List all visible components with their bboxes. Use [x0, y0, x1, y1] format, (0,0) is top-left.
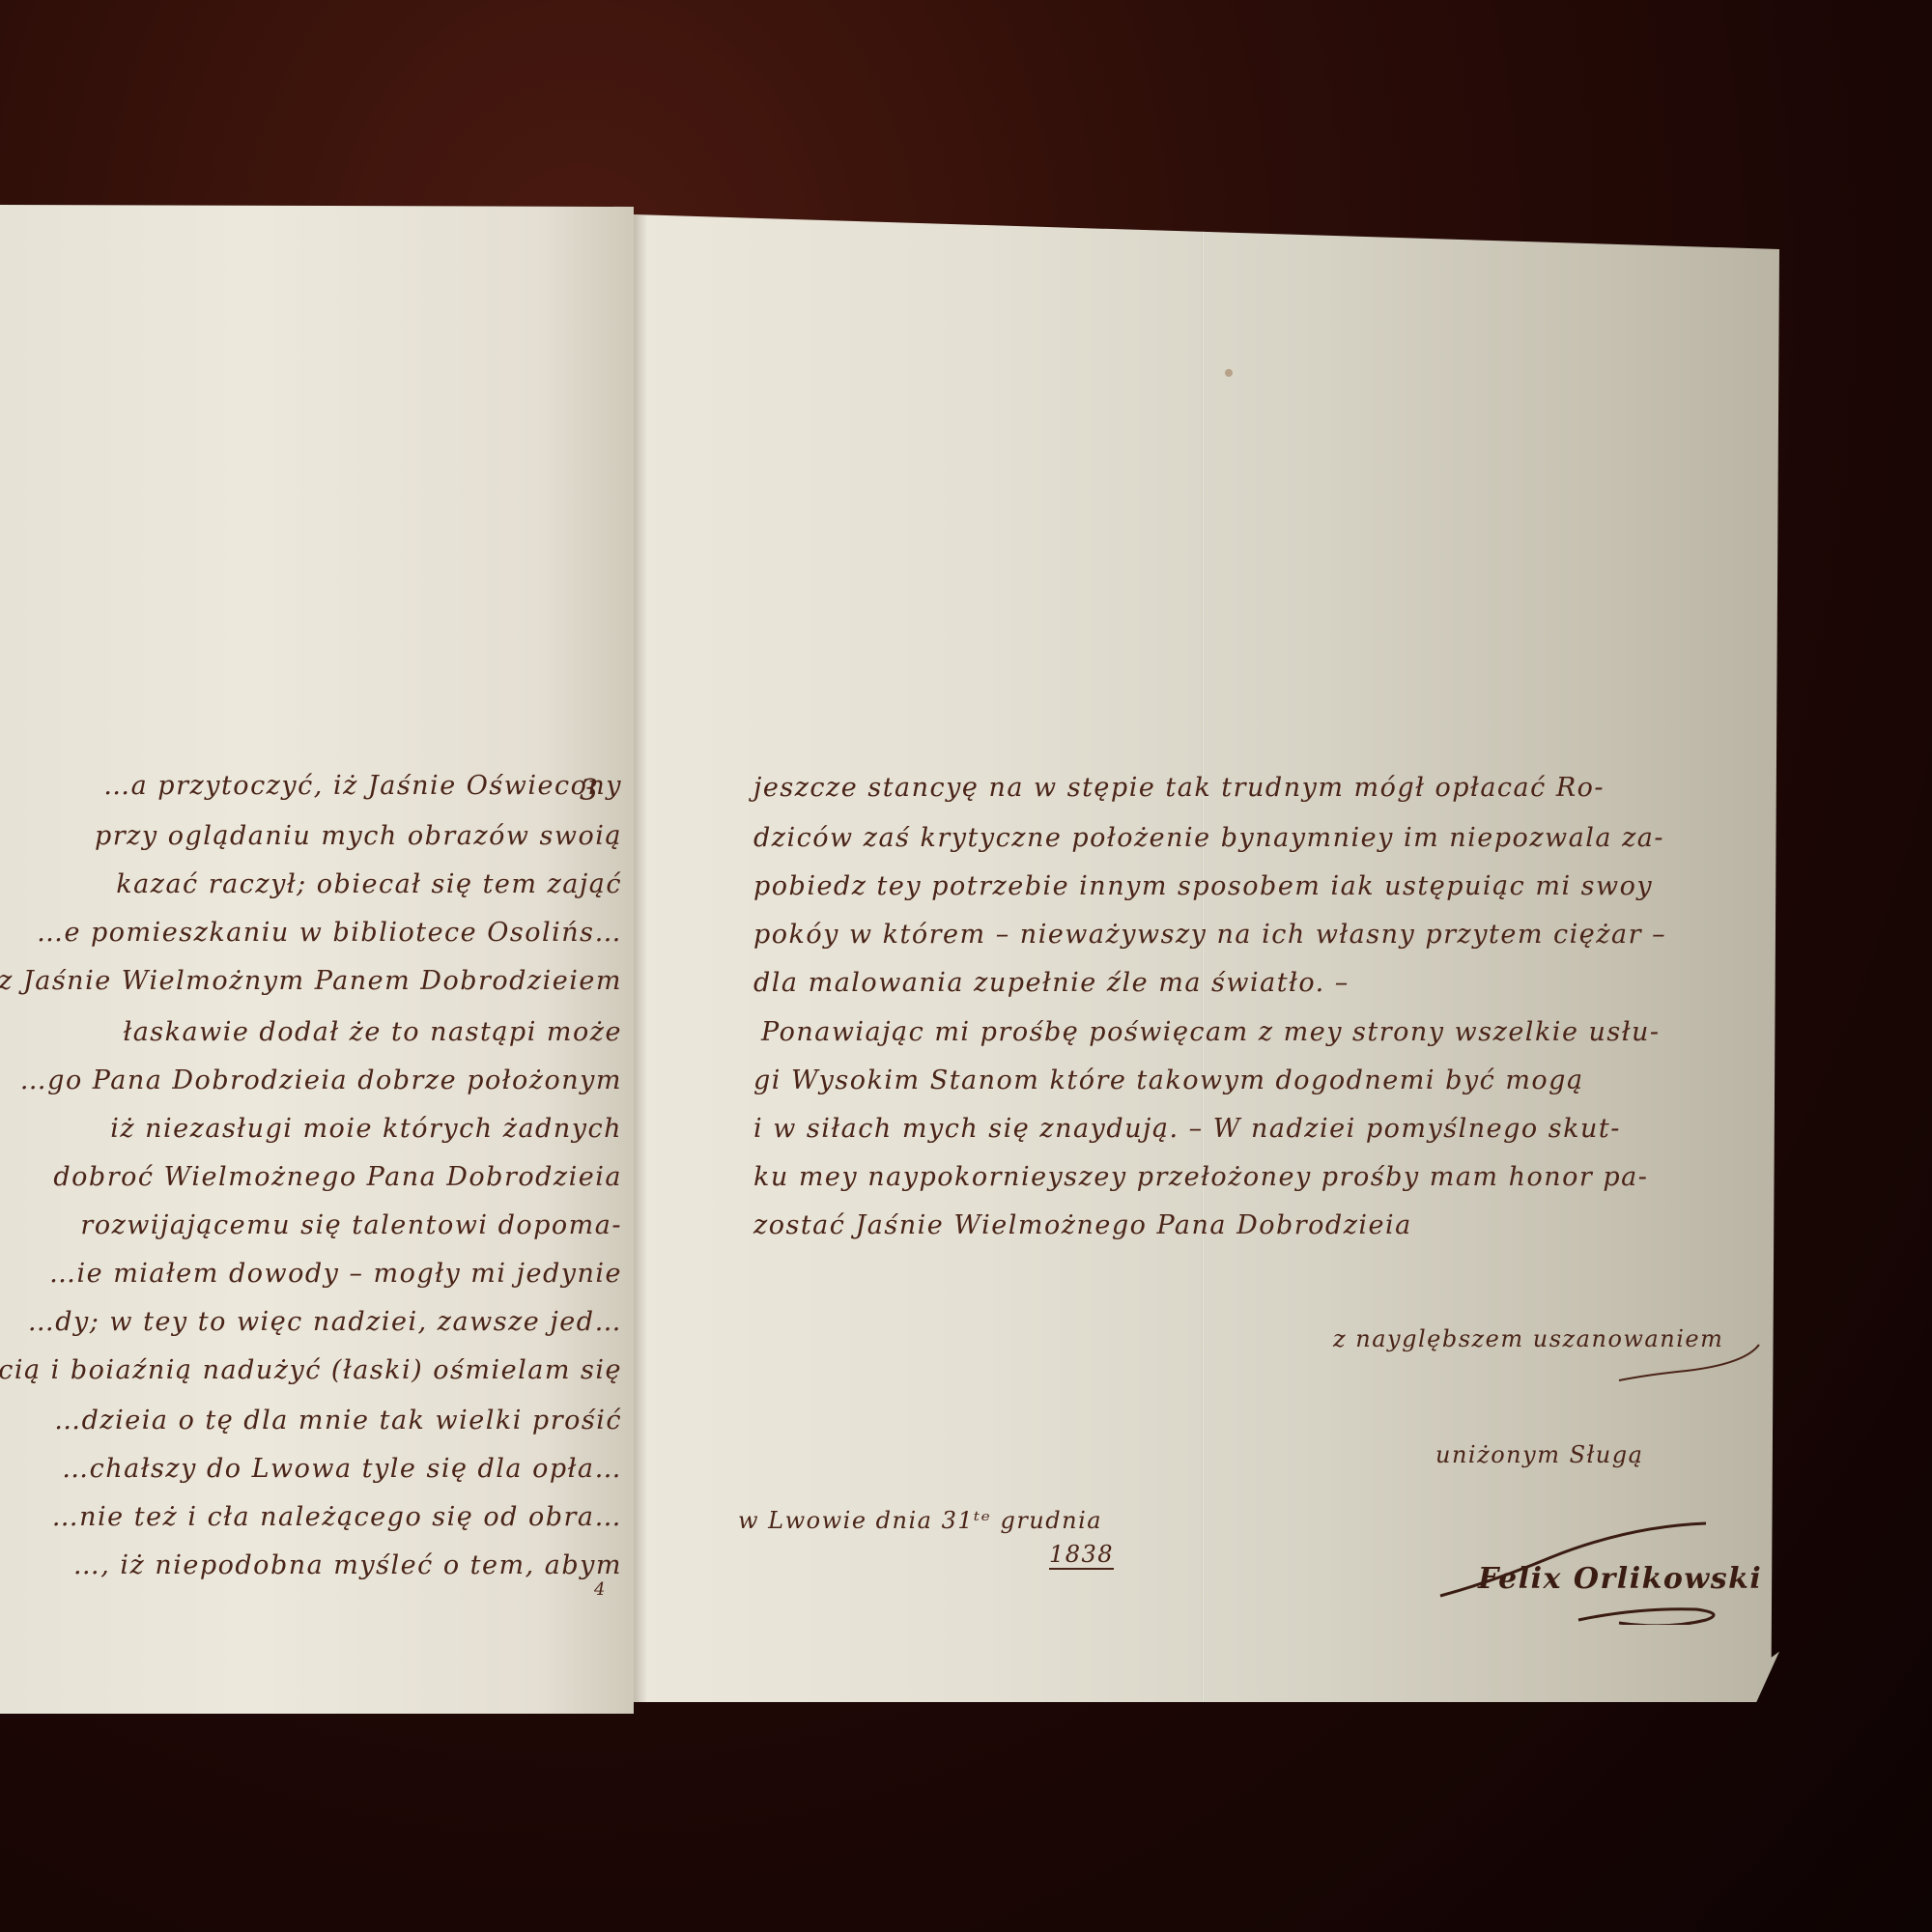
right-line-6: Ponawiając mi prośbę poświęcam z mey str…	[761, 1019, 1661, 1045]
closing-line-2: uniżonym Sługą	[1435, 1443, 1643, 1466]
left-line-15: …chałszy do Lwowa tyle się dla opła…	[62, 1456, 622, 1482]
right-page: jeszcze stancyę na w stępie tak trudnym …	[634, 214, 1779, 1702]
left-line-13: …iatością i boiaźnią nadużyć (łaski) ośm…	[0, 1357, 622, 1383]
left-line-2: przy oglądaniu mych obrazów swoią	[95, 823, 622, 849]
right-line-4: pokóy w którem – nieważywszy na ich włas…	[753, 922, 1666, 948]
left-line-7: …go Pana Dobrodzieia dobrze położonym	[20, 1067, 622, 1094]
closing-flourish-icon	[1600, 1340, 1764, 1383]
left-page: …a przytoczyć, iż Jaśnie Oświecony przy …	[0, 205, 634, 1714]
right-line-2: dziców zaś krytyczne położenie bynaymnie…	[753, 825, 1664, 851]
left-line-1: …a przytoczyć, iż Jaśnie Oświecony	[103, 773, 622, 799]
right-line-9: ku mey naypokornieyszey przełożoney proś…	[753, 1164, 1648, 1190]
left-line-4: …e pomieszkaniu w bibliotece Osolińs…	[37, 920, 622, 946]
left-line-12: …dy; w tey to więc nadziei, zawsze jed…	[28, 1309, 622, 1335]
left-line-10: rozwijającemu się talentowi dopoma-	[80, 1212, 622, 1238]
margin-mark: 3	[580, 777, 600, 806]
left-line-17: …, iż niepodobna myśleć o tem, abym	[73, 1552, 622, 1578]
left-line-8: iż niezasługi moie których żadnych	[110, 1116, 622, 1142]
left-line-9: dobroć Wielmożnego Pana Dobrodzieia	[53, 1164, 622, 1190]
right-line-8: i w siłach mych się znaydują. – W nadzie…	[753, 1116, 1621, 1142]
margin-mark: 4	[594, 1581, 607, 1599]
signature: Felix Orlikowski	[1478, 1565, 1762, 1594]
right-line-5: dla malowania zupełnie źle ma światło. –	[753, 970, 1350, 996]
date-year: 1838	[1049, 1543, 1114, 1570]
right-line-7: gi Wysokim Stanom które takowym dogodnem…	[753, 1067, 1584, 1094]
left-line-3: kazać raczył; obiecał się tem zająć	[116, 871, 622, 897]
left-line-16: …nie też i cła należącego się od obra…	[52, 1504, 622, 1530]
left-line-6: łaskawie dodał że to nastąpi może	[123, 1019, 622, 1045]
right-line-3: pobiedz tey potrzebie innym sposobem iak…	[753, 873, 1653, 899]
wooden-desk-background: …a przytoczyć, iż Jaśnie Oświecony przy …	[0, 0, 1932, 1932]
left-line-11: …ie miałem dowody – mogły mi jedynie	[49, 1261, 622, 1287]
left-line-14: …dzieia o tę dla mnie tak wielki prośić	[54, 1407, 622, 1434]
right-page-body: jeszcze stancyę na w stępie tak trudnym …	[753, 214, 1758, 1702]
gutter-shadow	[634, 214, 647, 1702]
right-line-1: jeszcze stancyę na w stępie tak trudnym …	[753, 775, 1605, 801]
place-date: w Lwowie dnia 31ᵗᵉ grudnia	[738, 1509, 1102, 1532]
right-line-10: zostać Jaśnie Wielmożnego Pana Dobrodzie…	[753, 1212, 1412, 1238]
left-line-5: z Jaśnie Wielmożnym Panem Dobrodzieiem	[0, 968, 622, 994]
